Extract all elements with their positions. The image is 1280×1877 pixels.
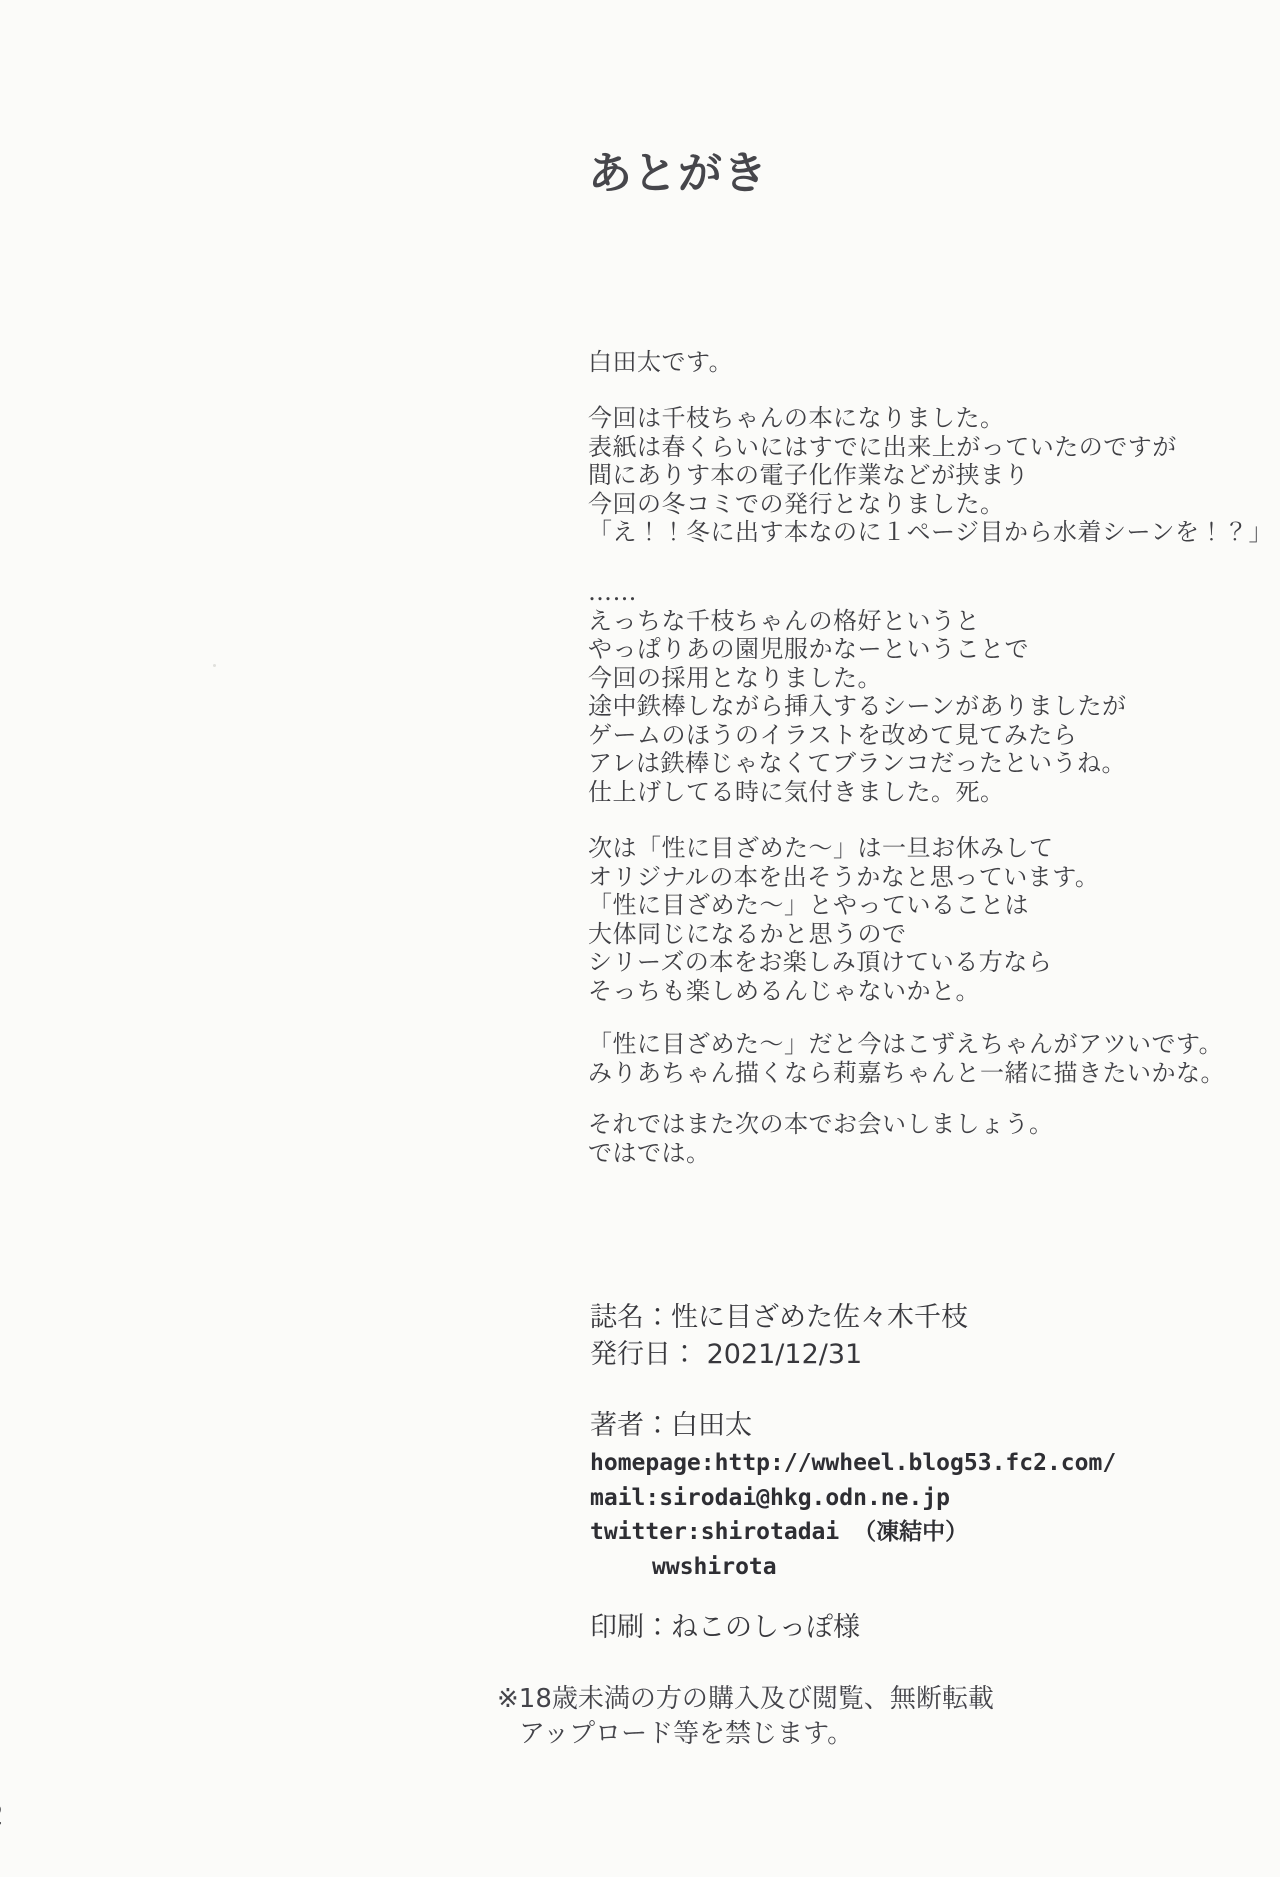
scan-speck [1046,1048,1049,1051]
text-line: 「性に目ざめた〜」だと今はこずえちゃんがアツいです。 [588,1030,1225,1059]
text-line: やっぱりあの園児服かなーということで [588,635,1127,664]
text-line: 「性に目ざめた〜」とやっていることは [588,891,1099,920]
page-number-fragment: 2 [0,1798,4,1831]
text-line: アレは鉄棒じゃなくてブランコだったというね。 [588,749,1127,778]
text-line: えっちな千枝ちゃんの格好というと [588,607,1127,636]
page-title: あとがき [588,148,768,200]
colophon-printer: 印刷：ねこのしっぽ様 [590,1611,860,1644]
text-line: 途中鉄棒しながら挿入するシーンがありましたが [588,692,1127,721]
paragraph-book-intro: 今回は千枝ちゃんの本になりました。表紙は春くらいにはすでに出来上がっていたのです… [588,404,1273,547]
text-line: 「え！！冬に出す本なのに１ページ目から水着シーンを！？」 [588,518,1273,547]
text-line: 今回は千枝ちゃんの本になりました。 [588,404,1273,433]
text-line: 次は「性に目ざめた〜」は一旦お休みして [588,834,1099,863]
colophon-twitter-handle: twitter:shirotadai （凍結中） [590,1516,968,1549]
paragraph-outfit: ……えっちな千枝ちゃんの格好というとやっぱりあの園児服かなーということで今回の採… [588,578,1127,806]
text-line: ではでは。 [588,1139,1054,1168]
colophon-mail-address: mail:sirodai@hkg.odn.ne.jp [590,1482,950,1515]
text-line: それではまた次の本でお会いしましょう。 [588,1110,1054,1139]
text-line: シリーズの本をお楽しみ頂けている方なら [588,948,1099,977]
colophon-twitter-handle-2: wwshirota [652,1551,777,1584]
text-line: 大体同じになるかと思うので [588,920,1099,949]
text-line: 仕上げしてる時に気付きました。死。 [588,778,1127,807]
text-line: …… [588,578,1127,607]
text-line: ゲームのほうのイラストを改めて見てみたら [588,721,1127,750]
text-line: 今回の採用となりました。 [588,664,1127,693]
paragraph-farewell: それではまた次の本でお会いしましょう。ではでは。 [588,1110,1054,1167]
colophon-book-title: 誌名：性に目ざめた佐々木千枝 [590,1301,968,1334]
text-line: 白田太です。 [588,348,733,377]
paragraph-next-plans: 次は「性に目ざめた〜」は一旦お休みしてオリジナルの本を出そうかなと思っています。… [588,834,1099,1005]
age-restriction-notice-line1: ※18歳未満の方の購入及び閲覧、無断転載 [497,1683,994,1716]
paragraph-series-comment: 「性に目ざめた〜」だと今はこずえちゃんがアツいです。みりあちゃん描くなら莉嘉ちゃ… [588,1030,1225,1087]
scan-speck [213,664,216,667]
text-line: 今回の冬コミでの発行となりました。 [588,490,1273,519]
text-line: 間にありす本の電子化作業などが挟まり [588,461,1273,490]
text-line: そっちも楽しめるんじゃないかと。 [588,977,1099,1006]
text-line: オリジナルの本を出そうかなと思っています。 [588,863,1099,892]
colophon-homepage-url: homepage:http://wwheel.blog53.fc2.com/ [590,1447,1116,1480]
afterword-page: あとがき 白田太です。 今回は千枝ちゃんの本になりました。表紙は春くらいにはすで… [0,0,1280,1877]
text-line: みりあちゃん描くなら莉嘉ちゃんと一緒に描きたいかな。 [588,1059,1225,1088]
colophon-publish-date: 発行日： 2021/12/31 [590,1338,862,1371]
age-restriction-notice-line2: アップロード等を禁じます。 [519,1718,853,1751]
text-line: 表紙は春くらいにはすでに出来上がっていたのですが [588,433,1273,462]
paragraph-greeting: 白田太です。 [588,348,733,377]
colophon-author: 著者：白田太 [590,1409,752,1442]
